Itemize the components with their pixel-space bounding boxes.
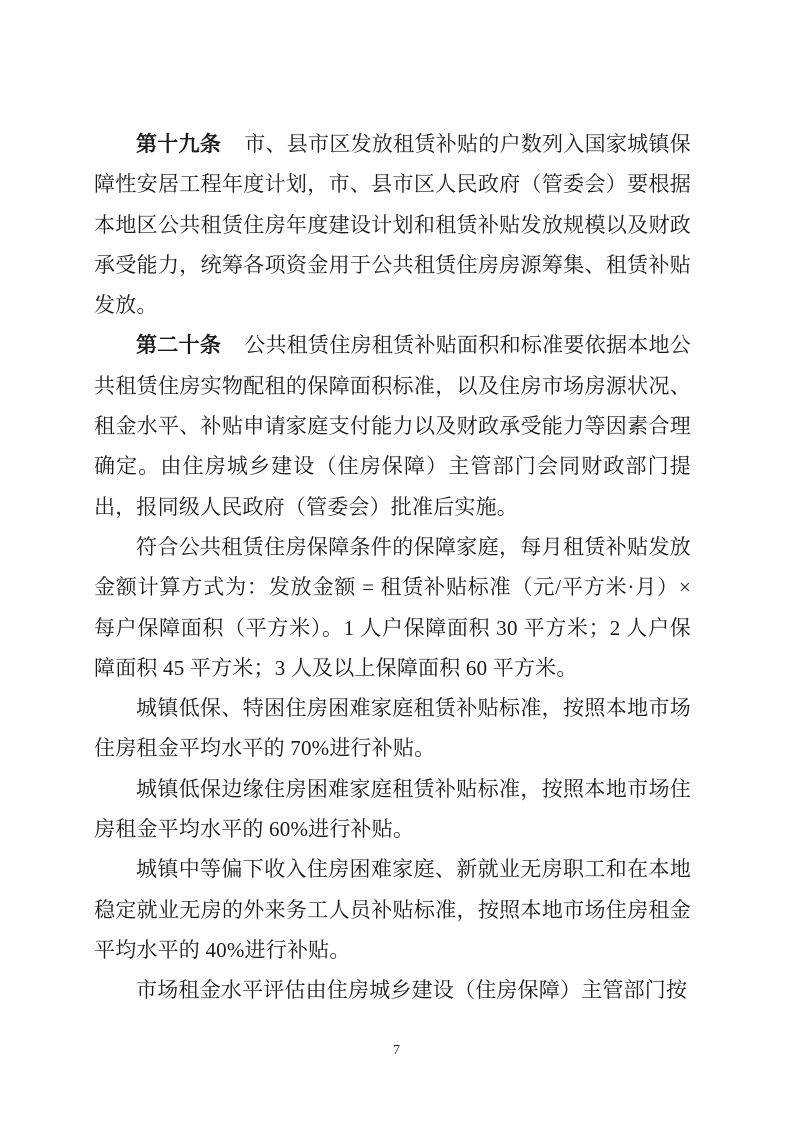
paragraph-text: 市、县市区发放租赁补贴的户数列入国家城镇保障性安居工程年度计划，市、县市区人民政… [94,132,691,317]
paragraph-text: 公共租赁住房租赁补贴面积和标准要依据本地公共租赁住房实物配租的保障面积标准，以及… [94,333,691,518]
article-20-number: 第二十条 [136,333,221,357]
paragraph-text: 符合公共租赁住房保障条件的保障家庭，每月租赁补贴发放金额计算方式为：发放金额 =… [94,535,691,680]
paragraph-text: 城镇低保、特困住房困难家庭租赁补贴标准，按照本地市场住房租金平均水平的 70%进… [94,696,691,760]
paragraph-article-20: 第二十条公共租赁住房租赁补贴面积和标准要依据本地公共租赁住房实物配租的保障面积标… [94,325,691,526]
paragraph-market-rent-evaluation: 市场租金水平评估由住房城乡建设（住房保障）主管部门按 [94,970,691,1010]
paragraph-subsidy-70-percent: 城镇低保、特困住房困难家庭租赁补贴标准，按照本地市场住房租金平均水平的 70%进… [94,688,691,769]
page-number: 7 [393,1043,400,1058]
paragraph-subsidy-40-percent: 城镇中等偏下收入住房困难家庭、新就业无房职工和在本地稳定就业无房的外来务工人员补… [94,849,691,970]
document-page: 第十九条市、县市区发放租赁补贴的户数列入国家城镇保障性安居工程年度计划，市、县市… [0,0,793,1122]
paragraph-text: 城镇中等偏下收入住房困难家庭、新就业无房职工和在本地稳定就业无房的外来务工人员补… [94,857,691,962]
paragraph-text: 城镇低保边缘住房困难家庭租赁补贴标准，按照本地市场住房租金平均水平的 60%进行… [94,777,691,841]
paragraph-article-19: 第十九条市、县市区发放租赁补贴的户数列入国家城镇保障性安居工程年度计划，市、县市… [94,124,691,325]
paragraph-subsidy-formula: 符合公共租赁住房保障条件的保障家庭，每月租赁补贴发放金额计算方式为：发放金额 =… [94,527,691,688]
page-footer: 7 [0,1041,793,1061]
document-body: 第十九条市、县市区发放租赁补贴的户数列入国家城镇保障性安居工程年度计划，市、县市… [94,124,691,1011]
article-19-number: 第十九条 [136,132,221,156]
paragraph-text: 市场租金水平评估由住房城乡建设（住房保障）主管部门按 [136,978,687,1002]
paragraph-subsidy-60-percent: 城镇低保边缘住房困难家庭租赁补贴标准，按照本地市场住房租金平均水平的 60%进行… [94,769,691,850]
